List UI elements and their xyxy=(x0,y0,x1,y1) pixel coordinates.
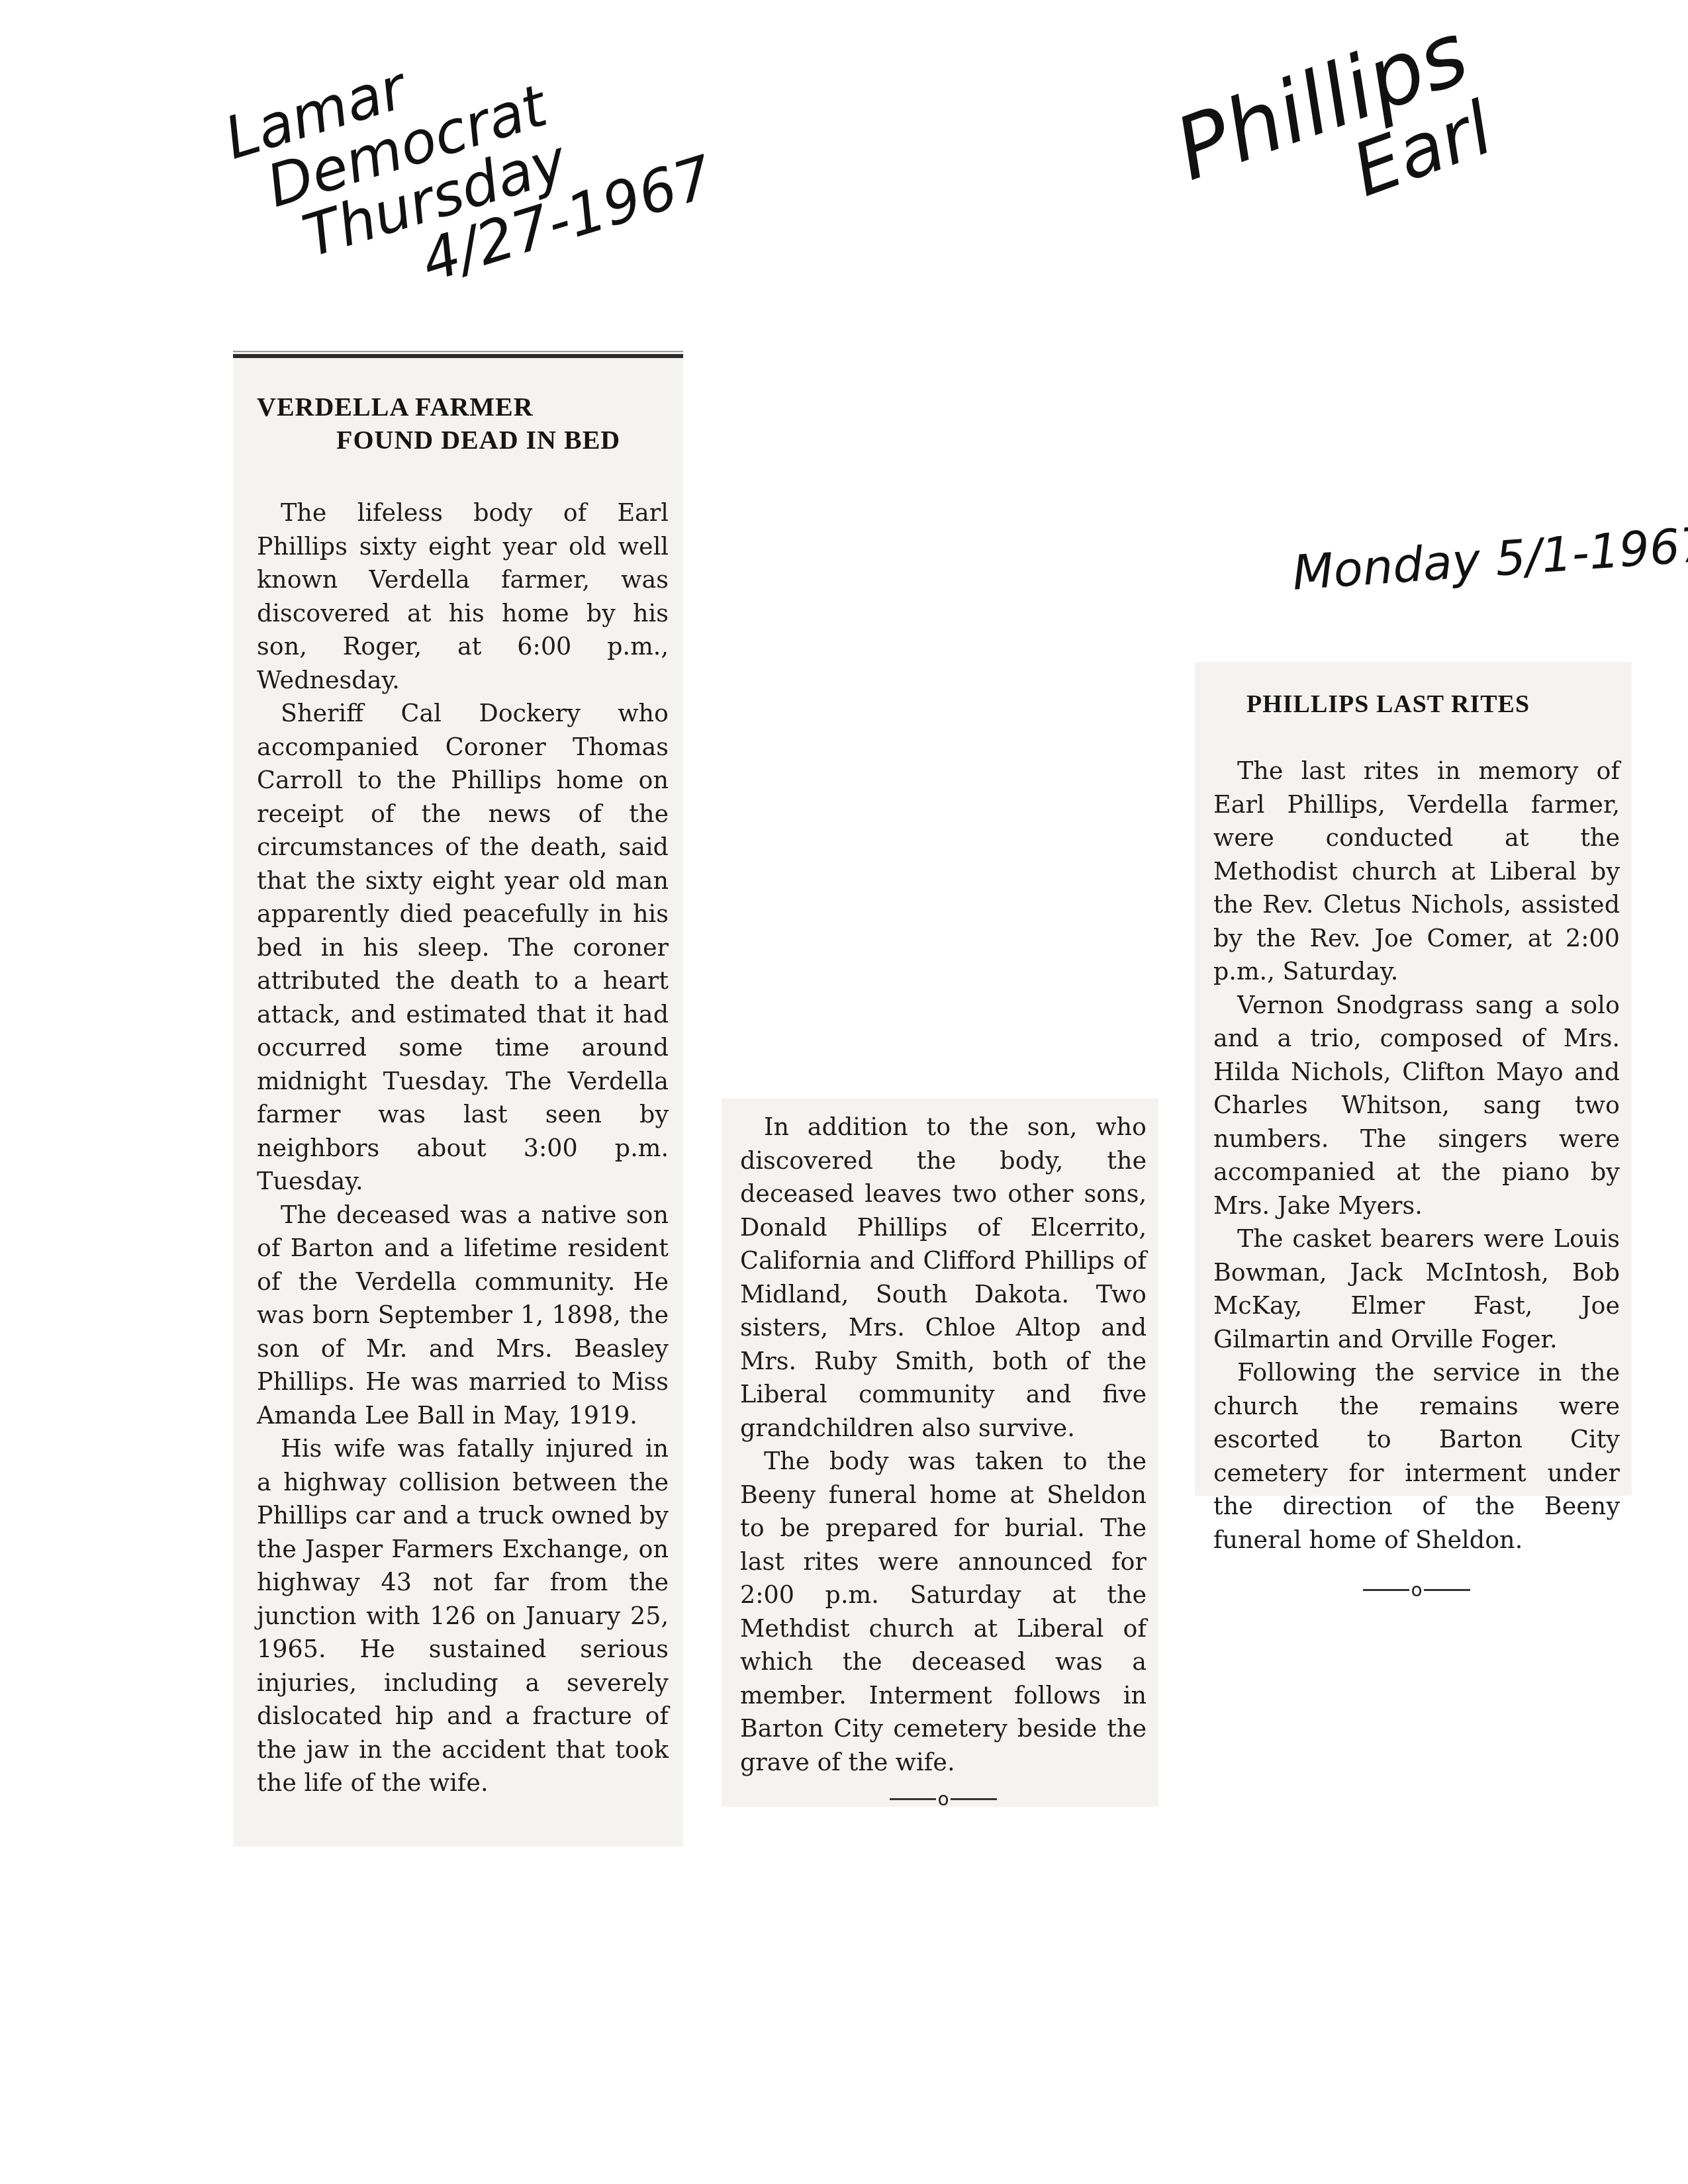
obituary-headline: VERDELLA FARMER FOUND DEAD IN BED xyxy=(257,390,669,457)
paragraph: The last rites in memory of Earl Phillip… xyxy=(1213,754,1620,989)
last-rites-headline: PHILLIPS LAST RITES xyxy=(1213,662,1620,720)
paragraph: The casket bearers were Louis Bowman, Ja… xyxy=(1213,1222,1620,1356)
clipping-obituary-part2: In addition to the son, who discovered t… xyxy=(722,1099,1158,1807)
paragraph: Following the service in the church the … xyxy=(1213,1356,1620,1557)
end-mark: o xyxy=(1213,1579,1620,1600)
paragraph: Vernon Snodgrass sang a solo and a trio,… xyxy=(1213,989,1620,1223)
paragraph: Sheriff Cal Dockery who accompanied Coro… xyxy=(257,697,669,1199)
headline-line1: VERDELLA FARMER xyxy=(257,392,534,422)
clipping-obituary-part1: VERDELLA FARMER FOUND DEAD IN BED The li… xyxy=(233,351,683,1846)
end-mark: o xyxy=(740,1788,1147,1809)
top-rule-thin xyxy=(233,351,683,352)
handwritten-second-date: Monday 5/1-1967 xyxy=(1291,520,1688,597)
end-mark-bar xyxy=(951,1798,997,1800)
end-mark-glyph: o xyxy=(937,1790,949,1809)
clipping-last-rites: PHILLIPS LAST RITES The last rites in me… xyxy=(1195,662,1632,1496)
end-mark-glyph: o xyxy=(1411,1580,1422,1600)
end-mark-bar xyxy=(1424,1589,1470,1591)
handwritten-newspaper-note: Lamar Democrat Thursday 4/27-1967 xyxy=(218,0,719,336)
paragraph: In addition to the son, who discovered t… xyxy=(740,1111,1147,1445)
end-mark-bar xyxy=(890,1798,936,1800)
paragraph: The body was taken to the Beeny funeral … xyxy=(740,1445,1147,1779)
headline-line2: FOUND DEAD IN BED xyxy=(257,424,669,457)
paragraph: His wife was fatally injured in a highwa… xyxy=(257,1432,669,1800)
paragraph: The lifeless body of Earl Phillips sixty… xyxy=(257,496,669,697)
top-rule xyxy=(233,354,683,358)
handwritten-name-note: Phillips Earl xyxy=(1165,9,1503,261)
paragraph: The deceased was a native son of Barton … xyxy=(257,1199,669,1433)
end-mark-bar xyxy=(1363,1589,1409,1591)
